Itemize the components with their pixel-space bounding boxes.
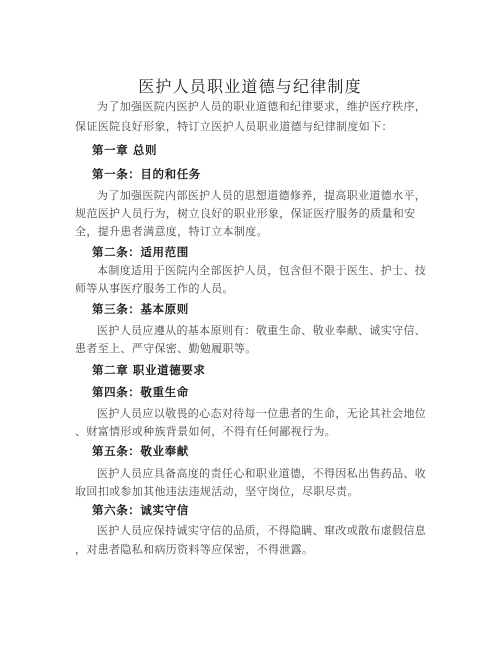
article-1-heading: 第一条：目的和任务 — [92, 167, 201, 181]
article-2-line-2: 师等从事医疗服务工作的人员。 — [75, 282, 420, 296]
document-page: 医护人员职业道德与纪律制度 为了加强医院内医护人员的职业道德和纪律要求，维护医疗… — [0, 0, 500, 647]
article-3-line-1: 医护人员应遵从的基本原则有：敬重生命、敬业奉献、诚实守信、 — [97, 324, 442, 338]
article-5-line-1: 医护人员应具备高度的责任心和职业道德，不得因私出售药品、收 — [97, 467, 442, 481]
article-4-heading: 第四条：敬重生命 — [92, 385, 189, 399]
article-2-line-1: 本制度适用于医院内全部医护人员，包含但不限于医生、护士、技 — [97, 264, 442, 278]
article-3-heading: 第三条：基本原则 — [92, 302, 189, 316]
article-2-heading: 第二条：适用范围 — [92, 245, 189, 259]
article-4-line-2: 、财富情形或种族背景如何，不得有任何鄙视行为。 — [75, 425, 420, 439]
chapter-2-heading: 第二章 职业道德要求 — [92, 363, 206, 377]
intro-line-1: 为了加强医院内医护人员的职业道德和纪律要求，维护医疗秩序， — [97, 100, 442, 114]
article-6-heading: 第六条：诚实守信 — [92, 503, 189, 517]
article-6-line-1: 医护人员应保持诚实守信的品质，不得隐瞒、窜改或散布虚假信息 — [97, 524, 442, 538]
article-1-line-1: 为了加强医院内部医护人员的思想道德修养，提高职业道德水平， — [97, 189, 442, 203]
article-3-line-2: 患者至上、严守保密、勤勉履职等。 — [75, 342, 420, 356]
intro-line-2: 保证医院良好形象，特订立医护人员职业道德与纪律制度如下： — [75, 120, 420, 134]
article-6-line-2: ，对患者隐私和病历资料等应保密，不得泄露。 — [75, 543, 420, 557]
article-1-line-3: 全，提升患者满意度，特订立本制度。 — [75, 225, 420, 239]
article-5-line-2: 取回扣或参加其他违法违规活动，坚守岗位，尽职尽责。 — [75, 485, 420, 499]
article-1-line-2: 规范医护人员行为，树立良好的职业形象，保证医疗服务的质量和安 — [75, 207, 420, 221]
document-title: 医护人员职业道德与纪律制度 — [0, 77, 500, 97]
article-4-line-1: 医护人员应以敬畏的心态对待每一位患者的生命，无论其社会地位 — [97, 407, 442, 421]
chapter-1-heading: 第一章 总则 — [92, 143, 157, 157]
article-5-heading: 第五条：敬业奉献 — [92, 444, 189, 458]
